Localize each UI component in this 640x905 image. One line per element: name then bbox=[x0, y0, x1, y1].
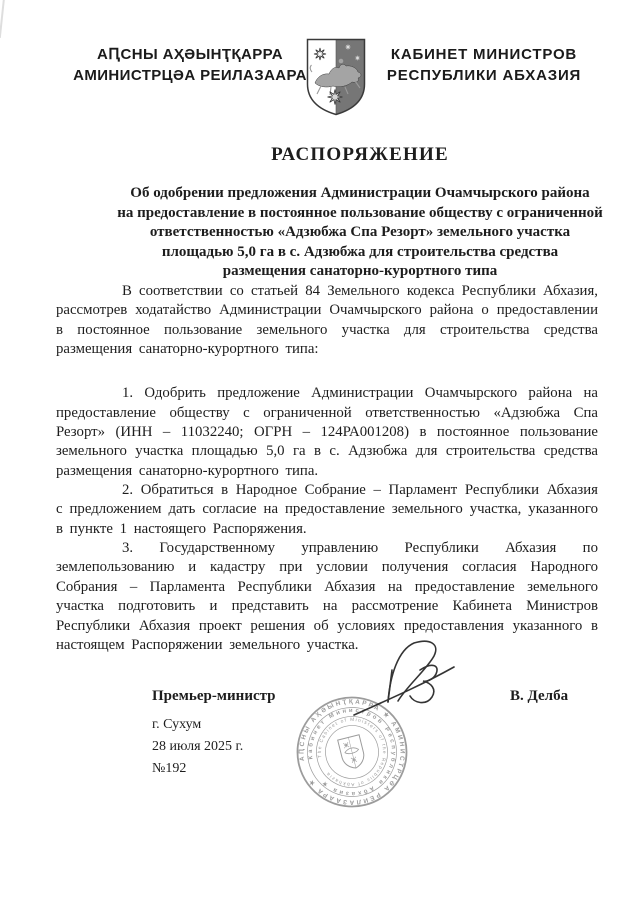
subject-line: площадью 5,0 га в с. Адзюбжа для строите… bbox=[110, 243, 610, 263]
org-name-abkhaz-line1: АԤСНЫ АҲӘЫНҬҚАРРА bbox=[59, 44, 321, 65]
issue-details: г. Сухум 28 июля 2025 г. №192 bbox=[152, 714, 243, 780]
seal-center-shield bbox=[338, 735, 367, 771]
order-item-3: 3. Государственному управлению Республик… bbox=[56, 539, 598, 655]
issue-date: 28 июля 2025 г. bbox=[152, 736, 243, 758]
subject-line: размещения санаторно-курортного типа bbox=[110, 262, 610, 282]
star-icon bbox=[314, 48, 326, 60]
star-icon bbox=[355, 55, 361, 61]
org-name-russian: КАБИНЕТ МИНИСТРОВ РЕСПУБЛИКИ АБХАЗИЯ bbox=[372, 44, 596, 86]
decree-document-page: АԤСНЫ АҲӘЫНҬҚАРРА АМИНИСТРЦӘА РЕИЛАЗААРА bbox=[0, 0, 640, 905]
subject-line: ответственностью «Адзюбжа Спа Резорт» зе… bbox=[110, 223, 610, 243]
subject-line: на предоставление в постоянное пользован… bbox=[110, 204, 610, 224]
signatory-post: Премьер-министр bbox=[152, 688, 276, 705]
order-item-1: 1. Одобрить предложение Администрации Оч… bbox=[56, 384, 598, 481]
org-name-russian-line1: КАБИНЕТ МИНИСТРОВ bbox=[372, 44, 596, 65]
handwritten-signature bbox=[340, 633, 480, 725]
document-subject: Об одобрении предложения Администрации О… bbox=[110, 184, 610, 282]
org-name-abkhaz: АԤСНЫ АҲӘЫНҬҚАРРА АМИНИСТРЦӘА РЕИЛАЗААРА bbox=[59, 44, 321, 86]
star-icon bbox=[345, 44, 351, 50]
org-name-abkhaz-line2: АМИНИСТРЦӘА РЕИЛАЗААРА bbox=[59, 65, 321, 86]
intro-paragraph: В соответствии со статьей 84 Земельного … bbox=[56, 282, 598, 359]
org-name-russian-line2: РЕСПУБЛИКИ АБХАЗИЯ bbox=[372, 65, 596, 86]
scan-artifact-line bbox=[0, 0, 5, 38]
abkhazia-coat-of-arms-icon bbox=[305, 37, 367, 119]
subject-line: Об одобрении предложения Администрации О… bbox=[110, 184, 610, 204]
issue-number: №192 bbox=[152, 758, 243, 780]
document-title: РАСПОРЯЖЕНИЕ bbox=[110, 144, 610, 166]
issue-place: г. Сухум bbox=[152, 714, 243, 736]
document-body: В соответствии со статьей 84 Земельного … bbox=[56, 282, 598, 655]
order-item-2: 2. Обратиться в Народное Собрание – Парл… bbox=[56, 481, 598, 539]
signatory-name: В. Делба bbox=[510, 688, 568, 705]
star-icon bbox=[328, 90, 343, 105]
